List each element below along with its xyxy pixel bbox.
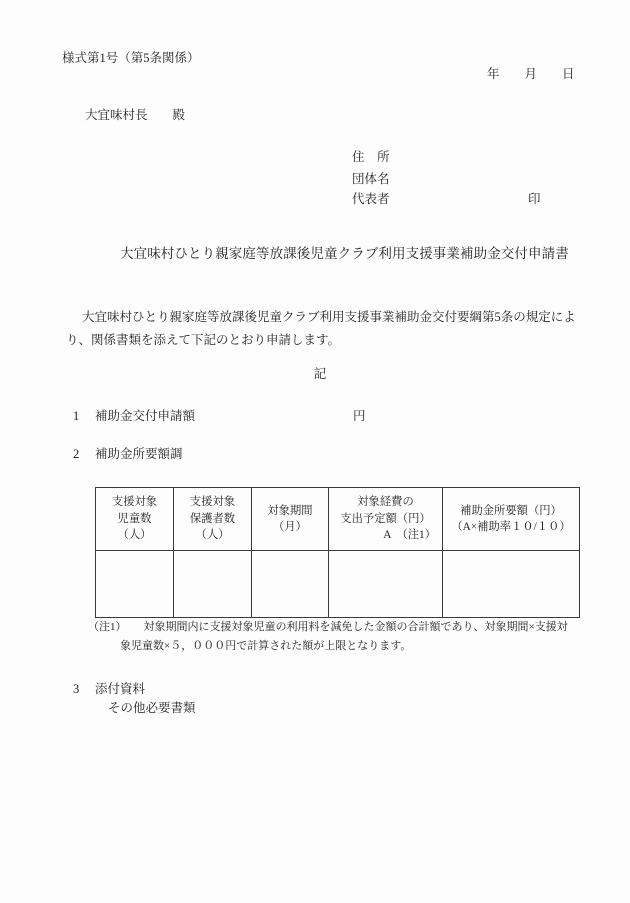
table-data-row xyxy=(96,551,580,618)
subsidy-amount-table: 支援対象 児童数 （人） 支援対象 保護者数 （人） 対象期間 （月） 対象経費… xyxy=(95,487,580,618)
note1-line1: （注1）対象期間内に支援対象児童の利用料を減免した金額の合計額であり、対象期間×… xyxy=(88,621,568,634)
item3-label: 添付資料 xyxy=(95,682,145,697)
item1-number: 1 xyxy=(73,409,79,424)
header-planned-expense: 対象経費の 支出予定額（円） A （注1） xyxy=(329,488,443,551)
form-page: { "document": { "form_number": "様式第1号（第5… xyxy=(0,0,630,903)
cell-supported-children xyxy=(96,551,174,618)
header-line: （A×補助率１０/１０） xyxy=(443,519,579,536)
signature-representative-label: 代表者 xyxy=(352,192,390,207)
header-supported-guardians: 支援対象 保護者数 （人） xyxy=(174,488,252,551)
item1-label: 補助金交付申請額 xyxy=(95,409,195,424)
header-line: 支援対象 xyxy=(174,494,251,511)
item2-number: 2 xyxy=(73,447,79,462)
header-line: （月） xyxy=(252,519,328,536)
item1-unit: 円 xyxy=(353,409,366,424)
item3-sub-item: その他必要書類 xyxy=(108,701,196,716)
addressee-line: 大宜味村長 殿 xyxy=(85,108,185,123)
cell-target-period xyxy=(252,551,329,618)
note1-label: （注1） xyxy=(88,621,127,633)
note1-text: 対象期間内に支援対象児童の利用料を減免した金額の合計額であり、対象期間×支援対 xyxy=(144,621,568,633)
header-line: （人） xyxy=(174,527,251,544)
item2-label: 補助金所要額調 xyxy=(95,447,183,462)
header-line: 保護者数 xyxy=(174,511,251,528)
body-paragraph-line2: り、関係書類を添えて下記のとおり申請します。 xyxy=(66,333,340,348)
table-header-row: 支援対象 児童数 （人） 支援対象 保護者数 （人） 対象期間 （月） 対象経費… xyxy=(96,488,580,551)
header-line: A （注1） xyxy=(329,527,442,544)
item3-number: 3 xyxy=(73,682,79,697)
addressee-honorific: 殿 xyxy=(173,108,186,122)
addressee-name: 大宜味村長 xyxy=(85,108,148,122)
form-number: 様式第1号（第5条関係） xyxy=(62,51,200,66)
signature-group-name-label: 団体名 xyxy=(352,172,390,187)
cell-supported-guardians xyxy=(174,551,252,618)
header-line: 対象期間 xyxy=(252,503,328,520)
cell-planned-expense xyxy=(329,551,443,618)
note1-line2: 象児童数×５，０００円で計算された額が上限となります。 xyxy=(120,640,411,653)
header-line: 児童数 xyxy=(96,511,173,528)
header-line: 対象経費の xyxy=(329,494,442,511)
header-target-period: 対象期間 （月） xyxy=(252,488,329,551)
header-line: （人） xyxy=(96,527,173,544)
cell-required-subsidy xyxy=(443,551,580,618)
document-title: 大宜味村ひとり親家庭等放課後児童クラブ利用支援事業補助金交付申請書 xyxy=(120,246,569,262)
header-line: 支出予定額（円） xyxy=(329,511,442,528)
seal-mark: 印 xyxy=(528,192,541,207)
addressee-spacer xyxy=(148,108,173,122)
header-line: 支援対象 xyxy=(96,494,173,511)
body-paragraph-line1: 大宜味村ひとり親家庭等放課後児童クラブ利用支援事業補助金交付要綱第5条の規定によ xyxy=(82,310,576,325)
signature-address-label: 住 所 xyxy=(352,150,390,165)
date-line: 年 月 日 xyxy=(487,67,575,82)
header-required-subsidy: 補助金所要額（円） （A×補助率１０/１０） xyxy=(443,488,580,551)
header-supported-children: 支援対象 児童数 （人） xyxy=(96,488,174,551)
header-line: 補助金所要額（円） xyxy=(443,503,579,520)
record-mark: 記 xyxy=(62,367,578,382)
